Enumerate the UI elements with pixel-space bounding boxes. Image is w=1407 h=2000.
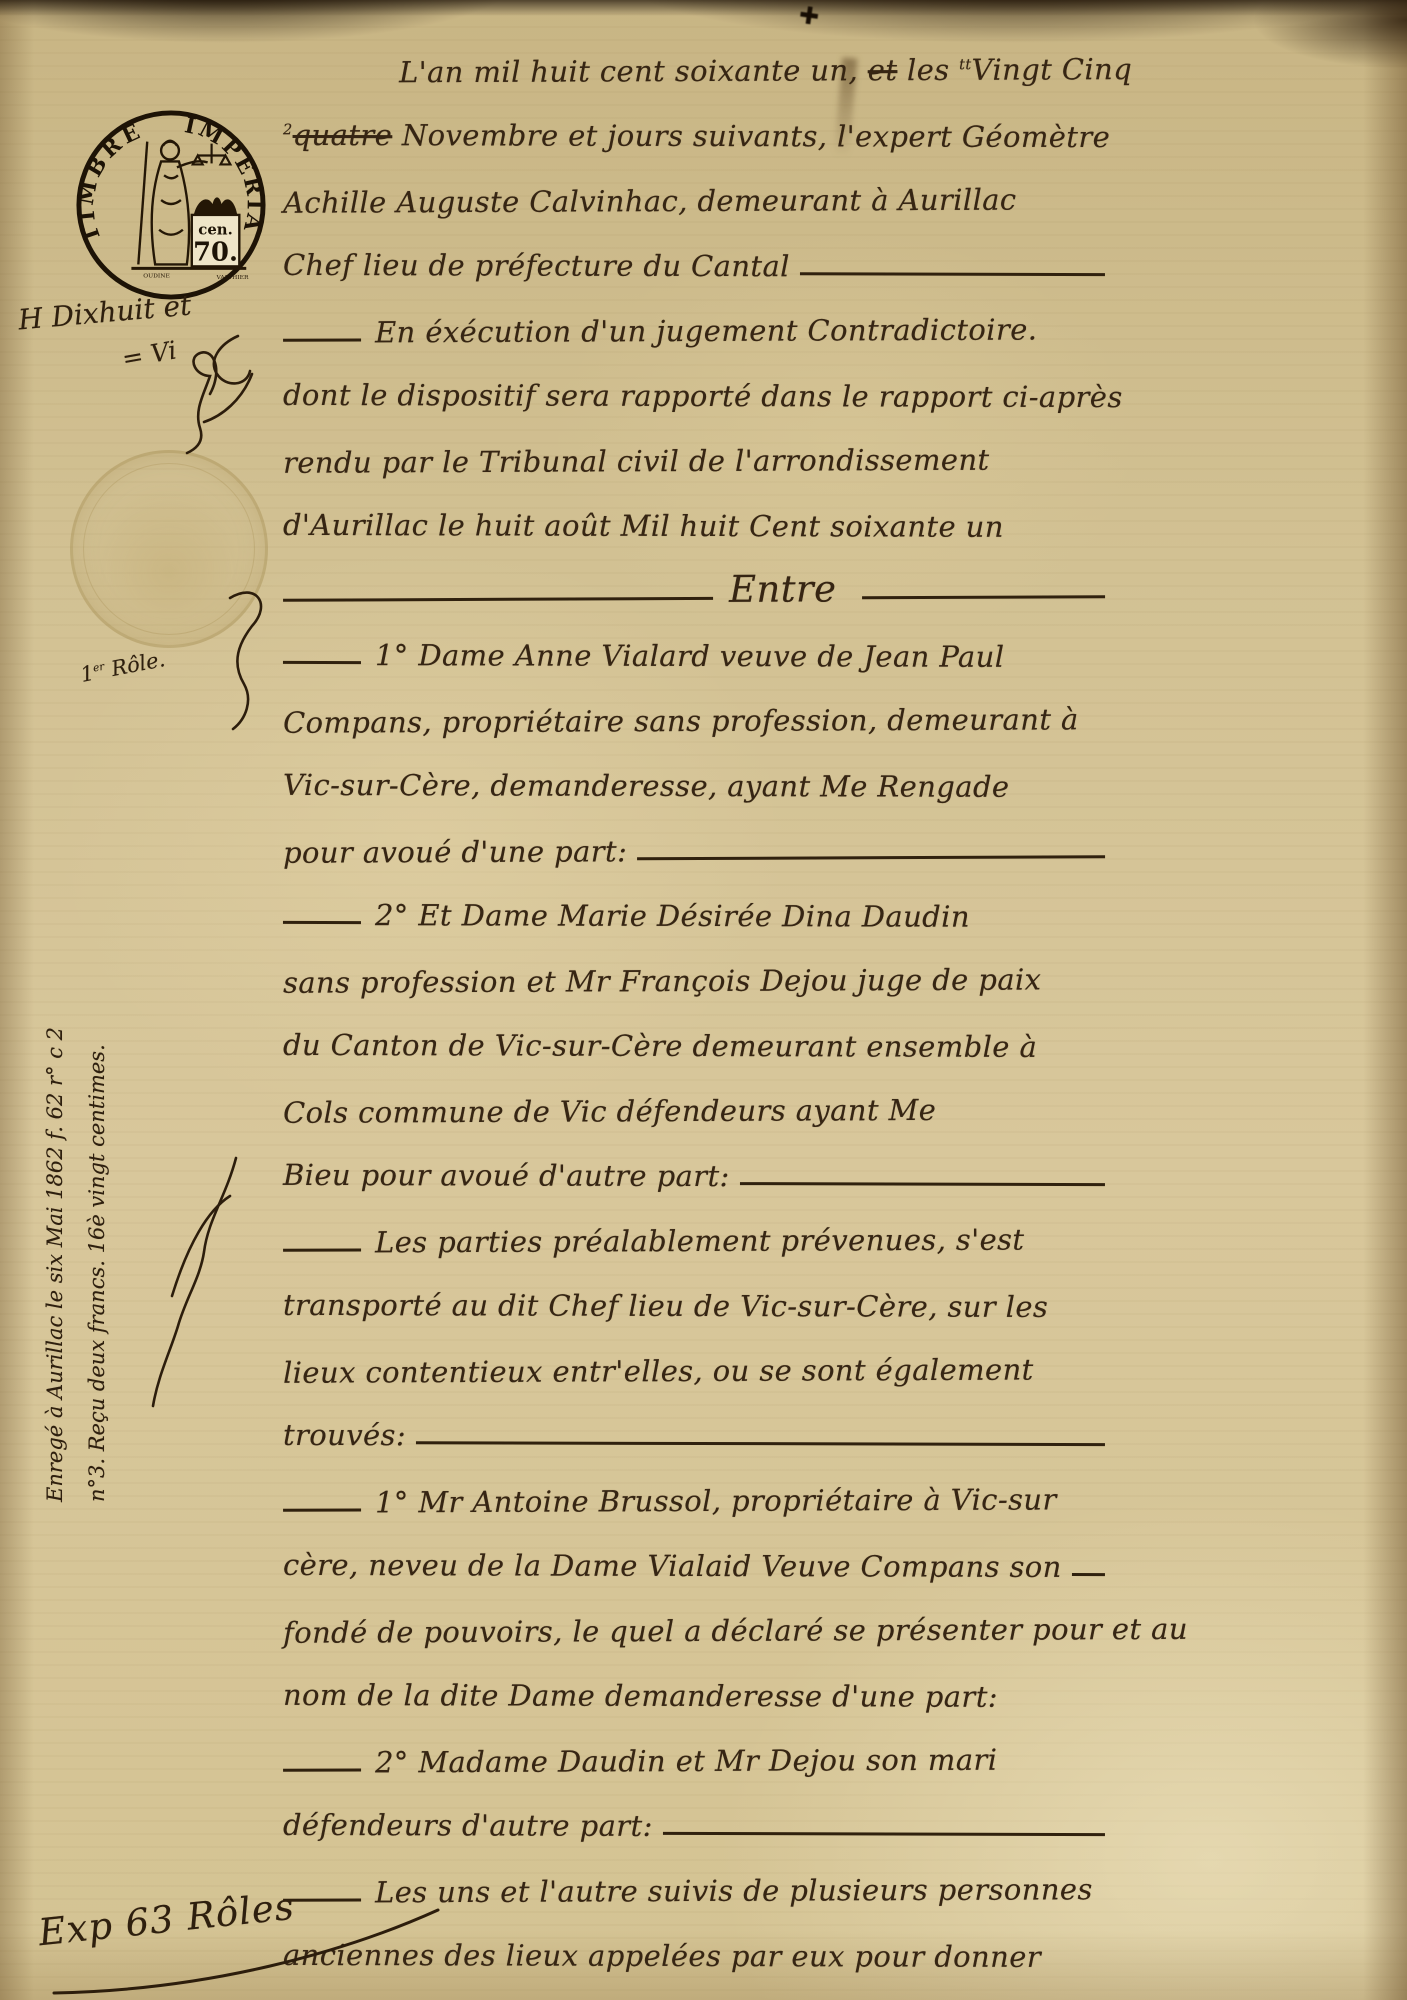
registration-note-line2: n°3. Reçu deux francs. 16è vingt centime… (76, 710, 118, 1502)
manuscript-line: 2° Madame Daudin et Mr Dejou son mari (283, 1718, 1105, 1787)
engraver-left: OUDINE (143, 272, 170, 279)
manuscript-line: 1° Dame Anne Vialard veuve de Jean Paul (283, 614, 1105, 681)
dash-rule (663, 1832, 1105, 1836)
registration-note: Enregé à Aurillac le six Mai 1862 f. 62 … (34, 710, 130, 1502)
struck-word: quatre (293, 118, 393, 152)
dash-rule (740, 1182, 1105, 1186)
registration-note-line1: Enregé à Aurillac le six Mai 1862 f. 62 … (34, 710, 76, 1502)
manuscript-line: 2° Et Dame Marie Désirée Dina Daudin (283, 874, 1105, 941)
manuscript-line: 1° Mr Antoine Brussol, propriétaire à Vi… (283, 1458, 1105, 1527)
dash-rule (283, 1898, 361, 1901)
manuscript-line: nom de la dite Dame demanderesse d'une p… (283, 1654, 1105, 1721)
registrar-signature (153, 1158, 236, 1406)
manuscript-line: fondé de pouvoirs, le quel a déclaré se … (283, 1588, 1105, 1657)
manuscript-line: L'an mil huit cent soixante un, et les t… (283, 28, 1105, 97)
manuscript-line: dont le dispositif sera rapporté dans le… (283, 354, 1105, 421)
manuscript-line: pour avoué d'une part: (283, 808, 1105, 877)
engraver-right: VALTHIER (216, 274, 249, 281)
manuscript-line: anciennes des lieux appelées par eux pou… (283, 1914, 1105, 1981)
ink-cross-mark: ✚ (797, 1, 821, 32)
tax-margin-note-2: = Vi (120, 335, 179, 373)
manuscript-body: L'an mil huit cent soixante un, et les t… (283, 30, 1105, 1980)
role-margin-note: 1er Rôle. (78, 647, 167, 687)
dash-rule (283, 1248, 361, 1251)
imperial-stamp: TIMBRE IMPERIAL. cen. 70. OUDINE VALTHIE… (72, 106, 270, 304)
struck-word: et (868, 53, 898, 87)
manuscript-line: sans profession et Mr François Dejou jug… (283, 938, 1105, 1007)
tax-margin-note: H Dixhuit et (17, 289, 193, 337)
manuscript-line: rendu par le Tribunal civil de l'arrondi… (283, 418, 1105, 487)
denom-small: cen. (198, 221, 232, 239)
imperial-eagle-icon (194, 197, 238, 215)
interline-insert: 2 (283, 122, 293, 138)
dash-rule (283, 661, 361, 664)
manuscript-line: lieux contentieux entr'elles, ou se sont… (283, 1328, 1105, 1397)
curl-paraph (187, 352, 216, 453)
tax-paraph (204, 336, 252, 422)
stamp-arc-left-text: TIMBRE (74, 118, 148, 246)
dash-rule (800, 272, 1105, 276)
expedition-note: Exp 63 Rôles (36, 1885, 296, 1955)
registrar-signature-stroke2 (172, 1196, 230, 1296)
manuscript-line: Les uns et l'autre suivis de plusieurs p… (283, 1848, 1105, 1917)
embossed-seal (70, 450, 268, 648)
manuscript-line: Chef lieu de préfecture du Cantal (283, 224, 1105, 291)
manuscript-line: En éxécution d'un jugement Contradictoir… (283, 288, 1105, 357)
dash-rule (416, 1441, 1105, 1446)
dash-rule (283, 1768, 361, 1771)
manuscript-page: TIMBRE IMPERIAL. cen. 70. OUDINE VALTHIE… (0, 0, 1407, 2000)
manuscript-line: cère, neveu de la Dame Vialaid Veuve Com… (283, 1524, 1105, 1591)
manuscript-line: Vic-sur-Cère, demanderesse, ayant Me Ren… (283, 744, 1105, 811)
dash-rule (1072, 1573, 1105, 1576)
manuscript-line: trouvés: (283, 1394, 1105, 1461)
manuscript-line: transporté au dit Chef lieu de Vic-sur-C… (283, 1264, 1105, 1331)
dash-rule (283, 338, 361, 341)
manuscript-line: défendeurs d'autre part: (283, 1784, 1105, 1851)
dash-rule (283, 1508, 361, 1511)
manuscript-line: Achille Auguste Calvinhac, demeurant à A… (283, 158, 1105, 227)
dash-rule (862, 595, 1105, 599)
manuscript-line: d'Aurillac le huit août Mil huit Cent so… (283, 484, 1105, 551)
dash-rule (637, 855, 1105, 860)
manuscript-line: du Canton de Vic-sur-Cère demeurant ense… (283, 1004, 1105, 1071)
dash-rule (283, 921, 361, 924)
manuscript-line: Compans, propriétaire sans profession, d… (283, 678, 1105, 747)
svg-text:TIMBRE: TIMBRE (74, 118, 148, 246)
manuscript-line-entre: Entre (283, 548, 1105, 617)
denom-value: 70. (193, 237, 238, 267)
manuscript-line: Bieu pour avoué d'autre part: (283, 1134, 1105, 1201)
interline-insert: tt (959, 57, 972, 73)
manuscript-line: Les parties préalablement prévenues, s'e… (283, 1198, 1105, 1267)
manuscript-line: Cols commune de Vic défendeurs ayant Me (283, 1068, 1105, 1137)
dash-rule (283, 597, 713, 602)
manuscript-line: 2quatre Novembre et jours suivants, l'ex… (283, 94, 1105, 161)
